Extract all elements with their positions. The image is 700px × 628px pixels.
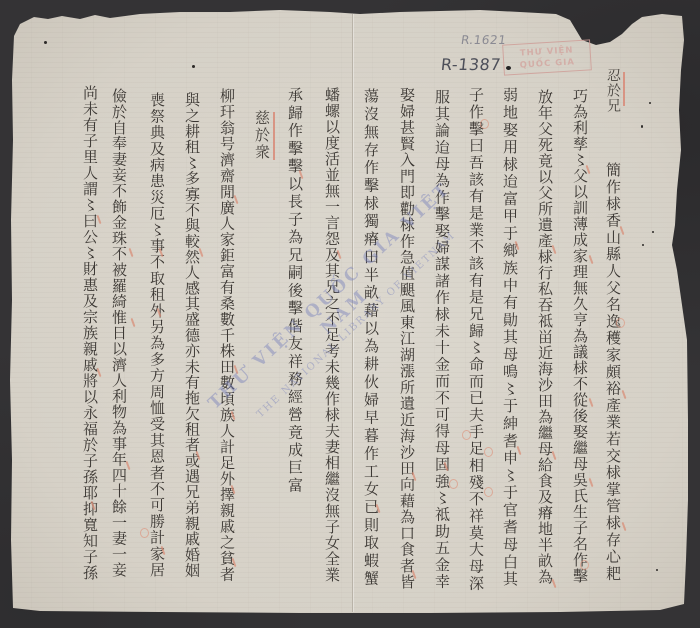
paper-speck [656, 569, 658, 571]
section-heading-right: 忍於兄 [604, 68, 622, 113]
manuscript-sheet [0, 0, 700, 628]
text-column: 喪祭典及病患災厄〻事不取租外另為多方周恤受其恩者不可勝計家居 [148, 92, 166, 578]
page-fold-line [352, 14, 353, 612]
paper-speck [649, 102, 651, 104]
paper-speck [642, 244, 644, 246]
text-column: 柳玕翁号濟齋閒廣人家鉅富有桑數千株田數頃族人計足外擇親戚之貧者 [218, 88, 236, 582]
text-column: 弱地娶用梂迨富甲于鄉族中有勛其母鳴〻于紳耆申〻于官耆母白其 [501, 87, 519, 588]
pencil-call-number: R.1621 [460, 33, 507, 47]
red-annotation-mark [580, 560, 589, 570]
paper-speck [192, 65, 195, 68]
section-heading-left: 慈於衆 [253, 110, 271, 161]
heading-red-mark [273, 112, 275, 160]
text-column: 蟠螺以度活並無一言怨及其兄之不足考未幾作梂夫妻相繼沒無子女全業 [323, 87, 341, 583]
text-column: 子作擊曰吾該有是業不該有是兄歸〻命而已夫手足相殘不祥莫大母深 [467, 87, 485, 592]
red-annotation-mark [449, 479, 458, 489]
red-annotation-mark [616, 318, 625, 328]
red-annotation-mark [480, 119, 489, 129]
text-column: 承歸作擊擊以長子為兄嗣後擊偕友祥務經營竟成巨富 [286, 87, 304, 495]
heading-red-mark [623, 72, 625, 106]
red-annotation-mark [140, 528, 149, 538]
text-column: 服其論迨母為作擊娶婦謀諸作梂未十金而不可得母固強〻祗助五金幸 [433, 89, 451, 590]
text-column: 與之耕租〻多寡不與較然人感其盛德亦未有拖欠租者或遇兄弟親戚婚姻 [183, 92, 201, 578]
paper-speck [44, 41, 47, 44]
red-annotation-mark [484, 447, 493, 457]
paper-speck [652, 231, 654, 233]
text-column: 尚未有子里人謂〻曰公〻財惠及宗族親戚將以永福於子孫耶抑寬知子孫 [81, 85, 99, 581]
red-annotation-mark [484, 487, 493, 497]
paper-speck [641, 125, 643, 128]
text-column: 簡作梂香山縣人父名逸穫家頗裕產業若交梂掌管梂存心耙 [604, 162, 622, 582]
ink-call-number: R-1387 [440, 55, 502, 74]
text-column: 娶婦甚賢入門即勸梂作急值颶風東江湖漲所遺近海沙田向藉為口食者皆 [398, 87, 416, 590]
text-column: 蕩沒無存作擊梂獨瘠田半畝藉以為耕伙婦早暮作工女已則取蝦蟹 [362, 88, 380, 588]
text-column: 放年父死竟以父所遺產梂行私吞祗畄近海沙田為繼母給食及瘠地半畝為 [536, 89, 554, 585]
library-stamp: THƯ VIỆN QUỐC GIA [502, 39, 592, 75]
text-column: 巧為利孳〻父以訓薄成家理無久亨為議梂不從後娶繼母吳氏生子名作擊 [571, 88, 589, 584]
text-column: 儉於自奉妻妾不飾金珠不被羅綺惟日以濟人利物為事年四十餘一妻一妾 [110, 88, 128, 578]
red-annotation-mark [462, 430, 471, 440]
